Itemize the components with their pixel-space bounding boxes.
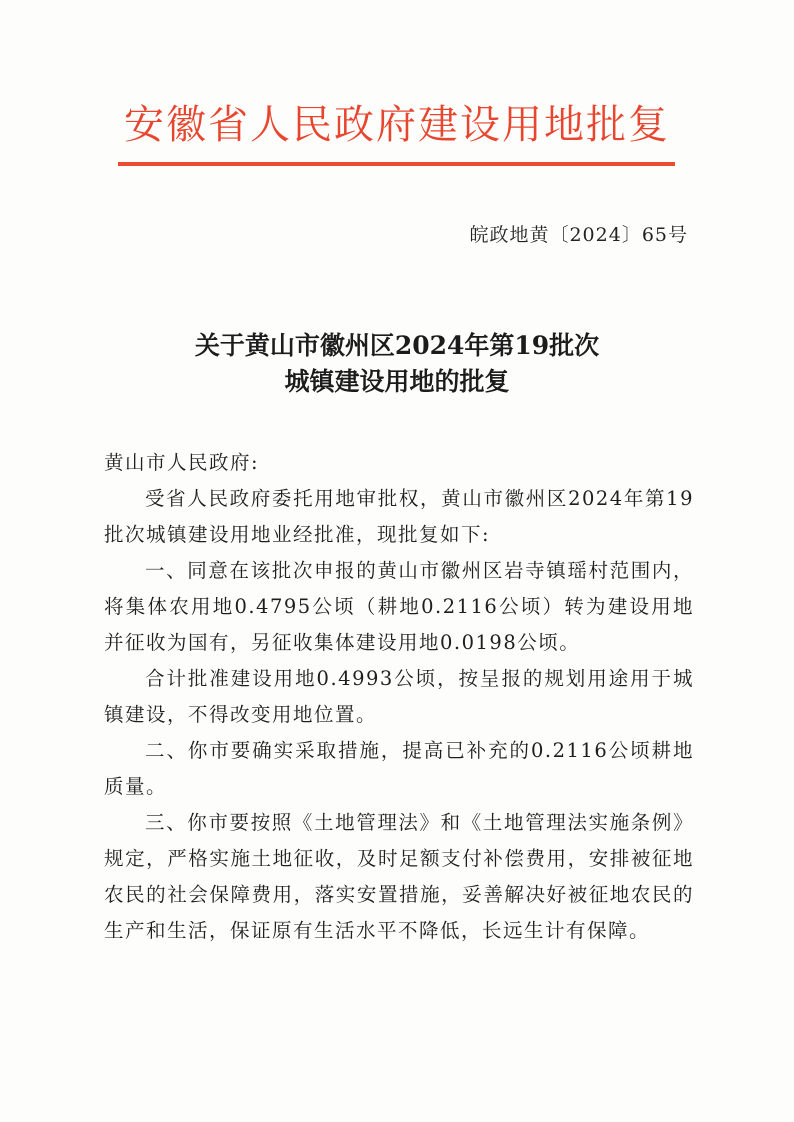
document-title-line-2: 城镇建设用地的批复 bbox=[0, 364, 794, 400]
letterhead-title: 安徽省人民政府建设用地批复 bbox=[0, 100, 794, 150]
paragraph-intro: 受省人民政府委托用地审批权，黄山市徽州区2024年第19批次城镇建设用地业经批准… bbox=[104, 481, 694, 553]
document-body: 黄山市人民政府: 受省人民政府委托用地审批权，黄山市徽州区2024年第19批次城… bbox=[104, 445, 694, 949]
letterhead-red-rule bbox=[118, 162, 675, 166]
paragraph-item-2: 二、你市要确实采取措施，提高已补充的0.2116公顷耕地质量。 bbox=[104, 733, 694, 805]
document-number: 皖政地黄〔2024〕65号 bbox=[469, 222, 688, 248]
paragraph-item-3: 三、你市要按照《土地管理法》和《土地管理法实施条例》规定，严格实施土地征收，及时… bbox=[104, 805, 694, 949]
paragraph-total: 合计批准建设用地0.4993公顷，按呈报的规划用途用于城镇建设，不得改变用地位置… bbox=[104, 661, 694, 733]
paragraph-item-1: 一、同意在该批次申报的黄山市徽州区岩寺镇瑶村范围内，将集体农用地0.4795公顷… bbox=[104, 553, 694, 661]
document-page: 安徽省人民政府建设用地批复 皖政地黄〔2024〕65号 关于黄山市徽州区2024… bbox=[0, 0, 794, 1122]
salutation: 黄山市人民政府: bbox=[104, 445, 694, 481]
document-title-line-1: 关于黄山市徽州区2024年第19批次 bbox=[0, 328, 794, 364]
document-title: 关于黄山市徽州区2024年第19批次 城镇建设用地的批复 bbox=[0, 328, 794, 400]
